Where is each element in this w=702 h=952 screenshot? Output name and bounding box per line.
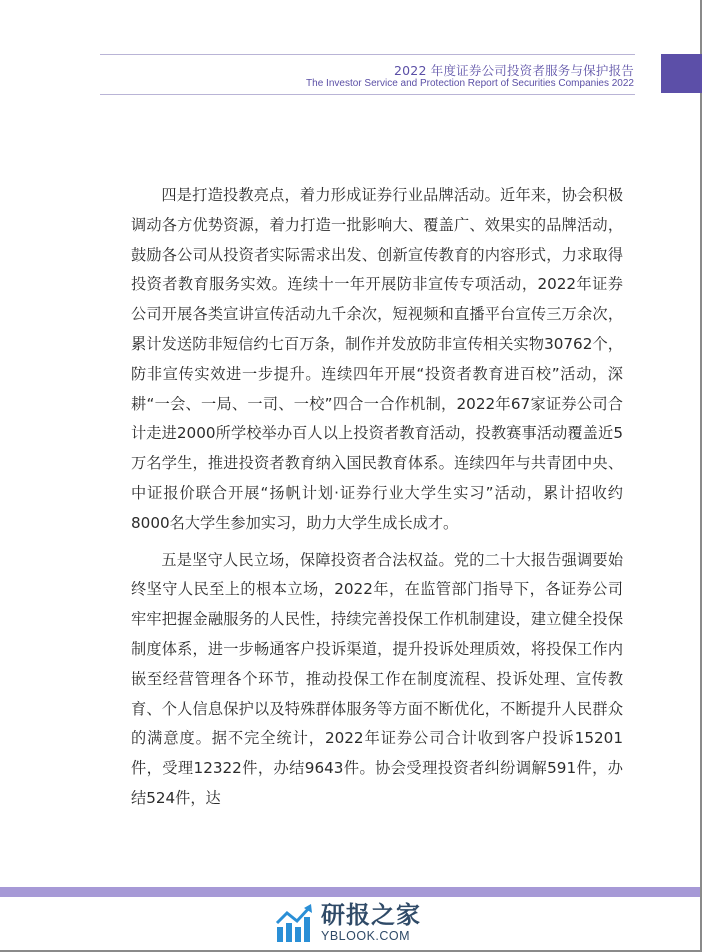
report-title-cn: 2022 年度证券公司投资者服务与保护报告 xyxy=(394,61,634,79)
header-accent-block xyxy=(661,54,702,93)
bar-chart-arrow-icon xyxy=(275,903,315,943)
report-title-en: The Investor Service and Protection Repo… xyxy=(306,78,634,89)
header-divider-top xyxy=(100,54,635,55)
watermark-en: YBLOOK.COM xyxy=(321,930,421,943)
paragraph-4-investor-education: 四是打造投教亮点，着力形成证券行业品牌活动。近年来，协会积极调动各方优势资源，着… xyxy=(131,181,623,539)
footer-band xyxy=(0,887,700,897)
header-divider-bottom xyxy=(100,94,635,95)
paragraph-5-investor-protection: 五是坚守人民立场，保障投资者合法权益。党的二十大报告强调要始终坚守人民至上的根本… xyxy=(131,546,623,814)
watermark: 研报之家 YBLOOK.COM xyxy=(275,900,421,946)
watermark-cn: 研报之家 xyxy=(321,903,421,927)
body-text: 四是打造投教亮点，着力形成证券行业品牌活动。近年来，协会积极调动各方优势资源，着… xyxy=(131,181,623,814)
